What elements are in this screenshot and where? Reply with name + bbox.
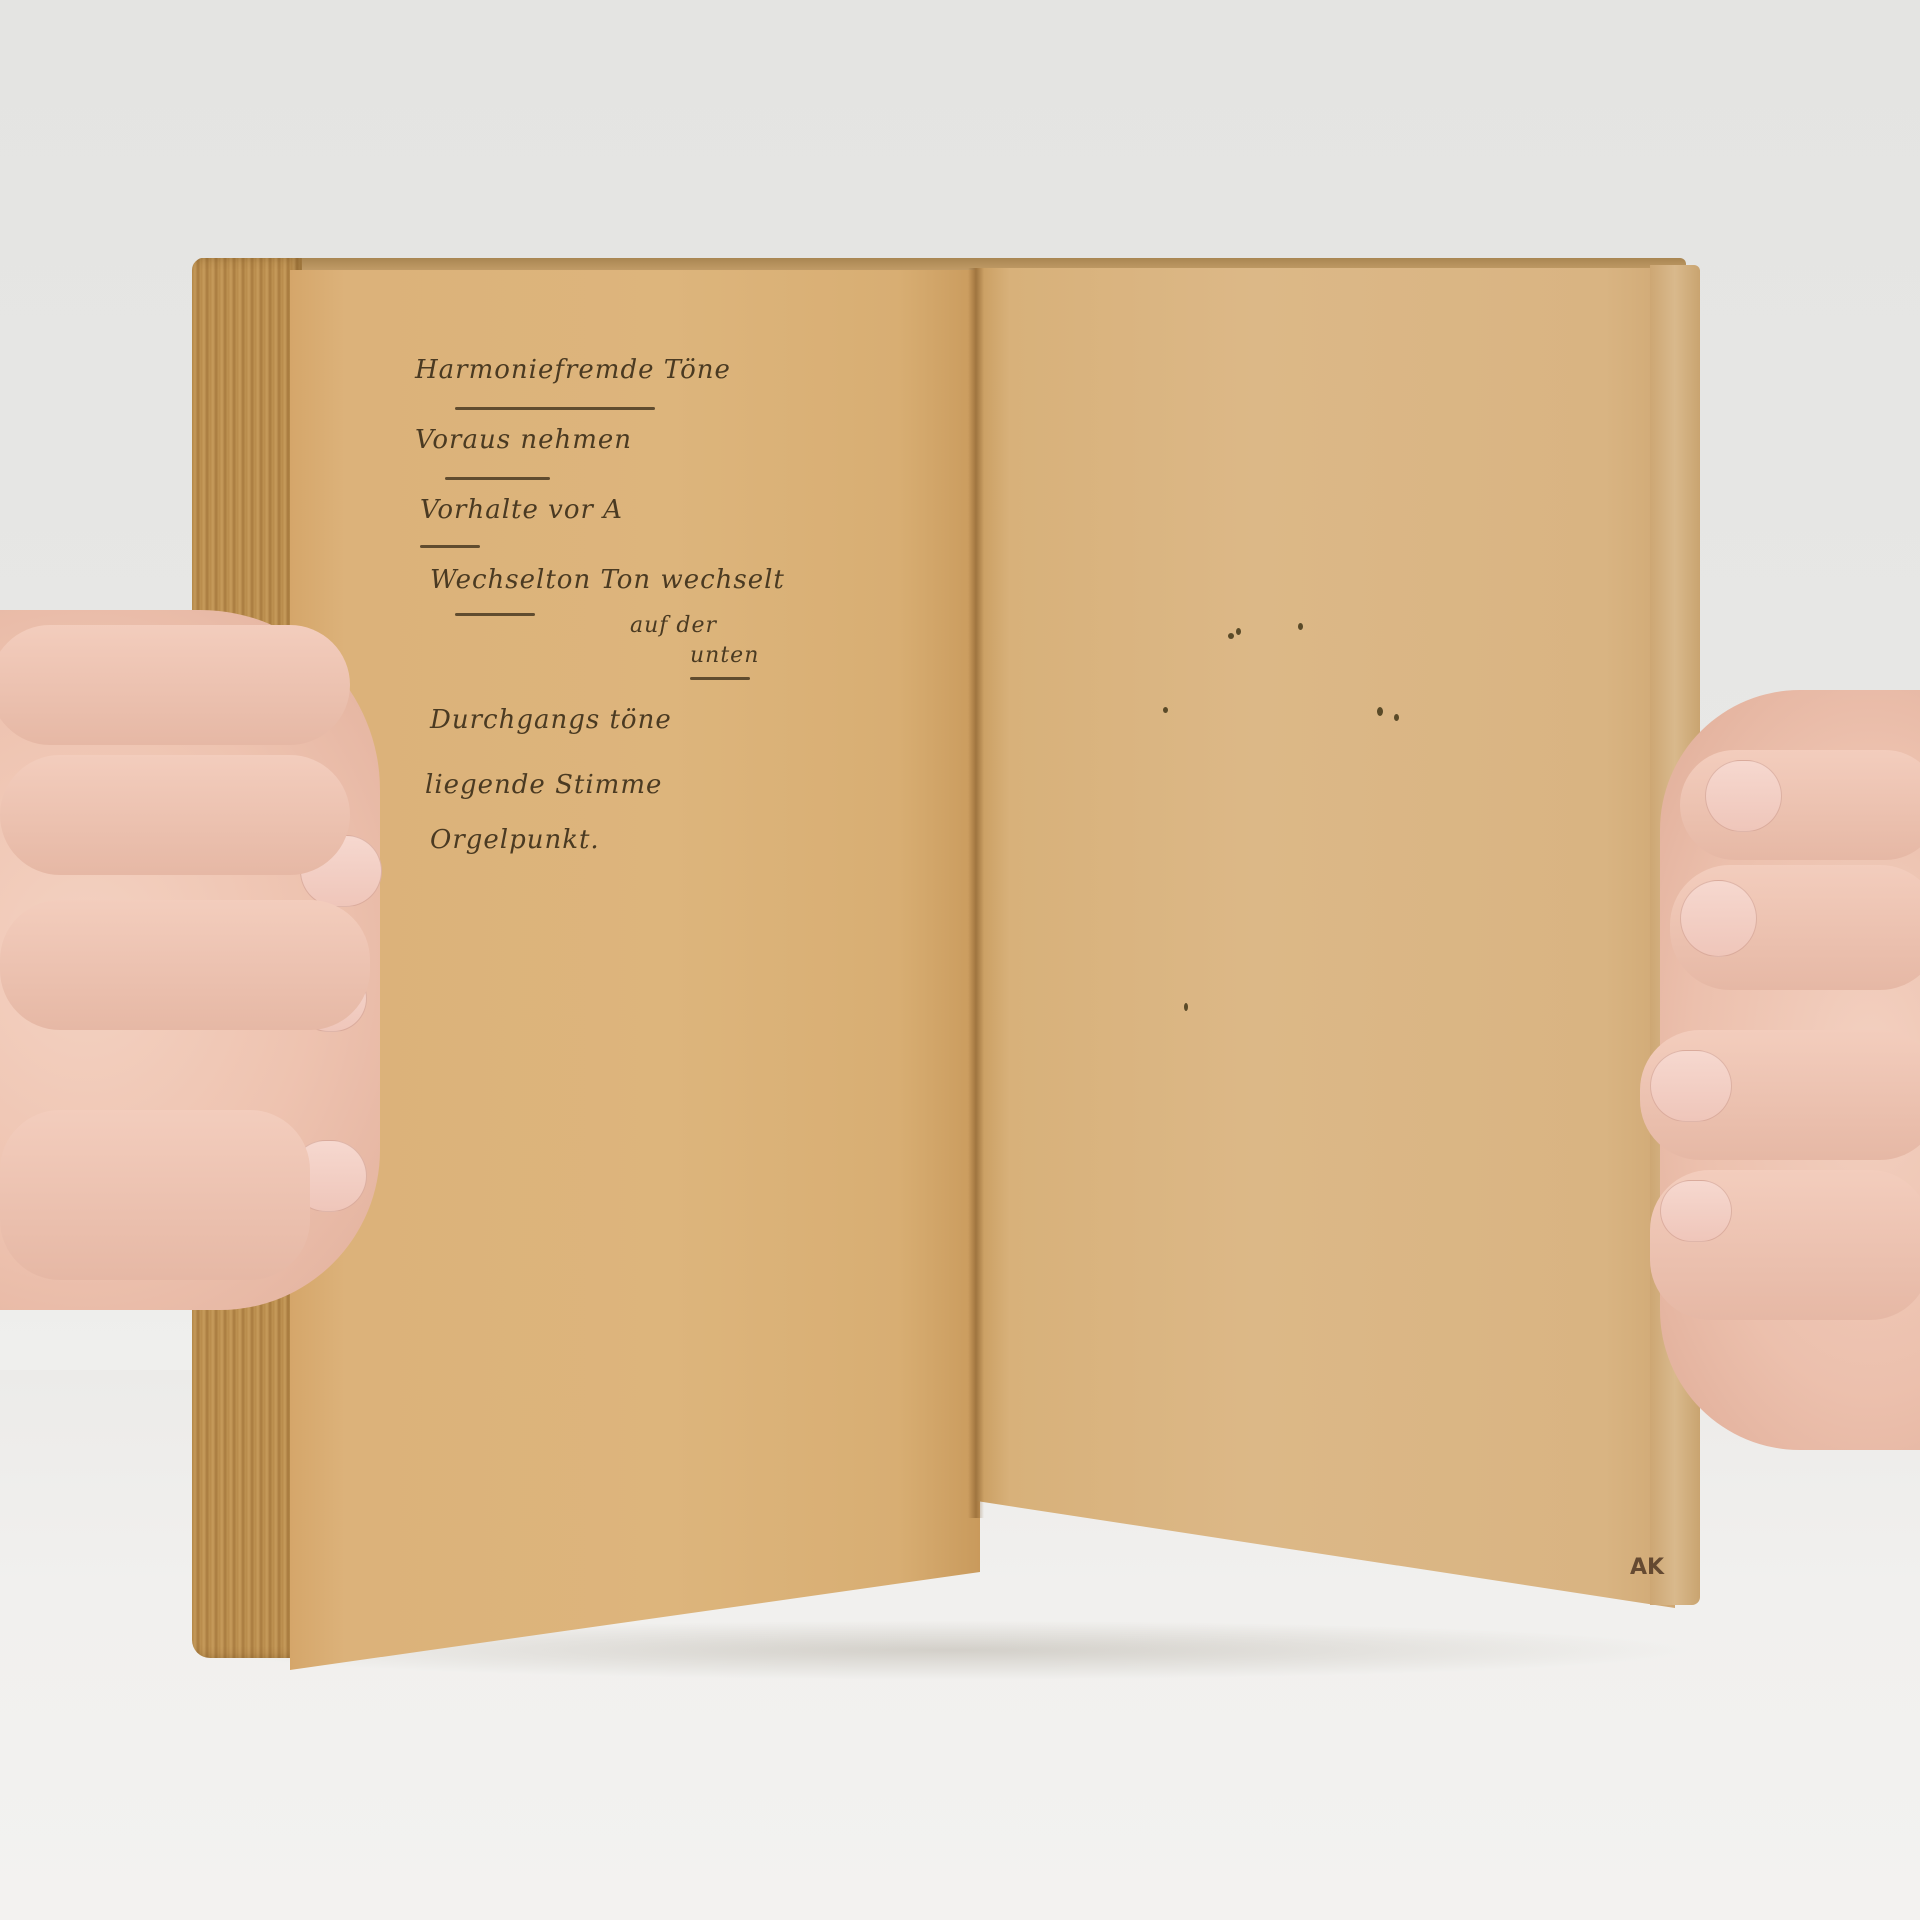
foxing-spot [1184,1003,1188,1011]
corner-mark: AK [1630,1555,1664,1580]
foxing-spot [1394,714,1399,721]
foxing-spot [1228,633,1234,639]
note-line: Voraus nehmen [415,425,632,455]
book-gutter [968,268,984,1518]
note-line: Durchgangs töne [430,705,672,735]
foxing-spot [1298,623,1303,630]
note-line: auf der [630,613,717,638]
note-line: Harmoniefremde Töne [415,355,731,385]
right-page [975,268,1675,1608]
left-middle-finger [0,755,350,875]
foxing-spot [1236,628,1241,635]
note-line: Wechselton Ton wechselt [430,565,785,595]
underline [420,545,480,548]
right-fingernail [1660,1180,1732,1242]
left-page [290,270,980,1670]
left-pinky-finger [0,1110,310,1280]
right-fingernail [1680,880,1757,957]
underline [690,677,750,680]
foxing-spot [1163,707,1168,713]
note-line: Orgelpunkt. [430,825,600,855]
left-index-finger [0,625,350,745]
foxing-spot [1377,707,1383,716]
right-fingernail [1650,1050,1732,1122]
right-fingernail [1705,760,1782,832]
left-ring-finger [0,900,370,1030]
note-line: Vorhalte vor A [420,495,623,525]
underline [455,407,655,410]
note-line: unten [690,643,759,668]
note-line: liegende Stimme [425,770,662,800]
underline [455,613,535,616]
underline [445,477,550,480]
